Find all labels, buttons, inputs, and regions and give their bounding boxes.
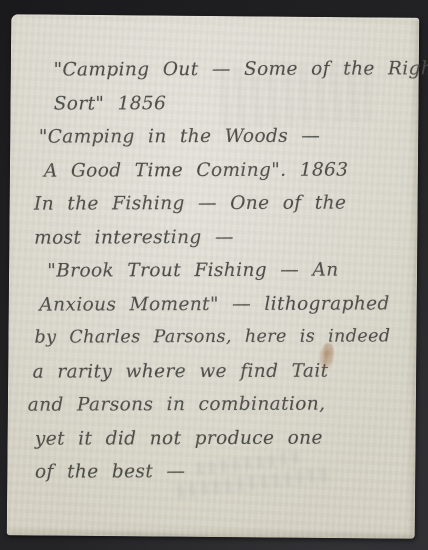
handwritten-line: "Brook Trout Fishing — An (47, 253, 417, 288)
handwritten-line: most interesting — (34, 220, 417, 255)
handwritten-line: Anxious Moment" — lithographed (39, 287, 417, 322)
faint-ghost-impression (219, 61, 371, 127)
handwritten-line: yet it did not produce one (35, 421, 418, 456)
handwritten-line: A Good Time Coming". 1863 (44, 153, 417, 188)
handwritten-line: by Charles Parsons, here is indeed (34, 320, 417, 355)
handwritten-line: a rarity where we find Tait (33, 354, 418, 389)
handwritten-line: and Parsons in combination, (28, 387, 418, 422)
manuscript-page: "Camping Out — Some of the Right Sort" 1… (7, 14, 420, 539)
handwritten-line: In the Fishing — One of the (34, 186, 417, 221)
photo-mount-background: "Camping Out — Some of the Right Sort" 1… (0, 0, 428, 550)
